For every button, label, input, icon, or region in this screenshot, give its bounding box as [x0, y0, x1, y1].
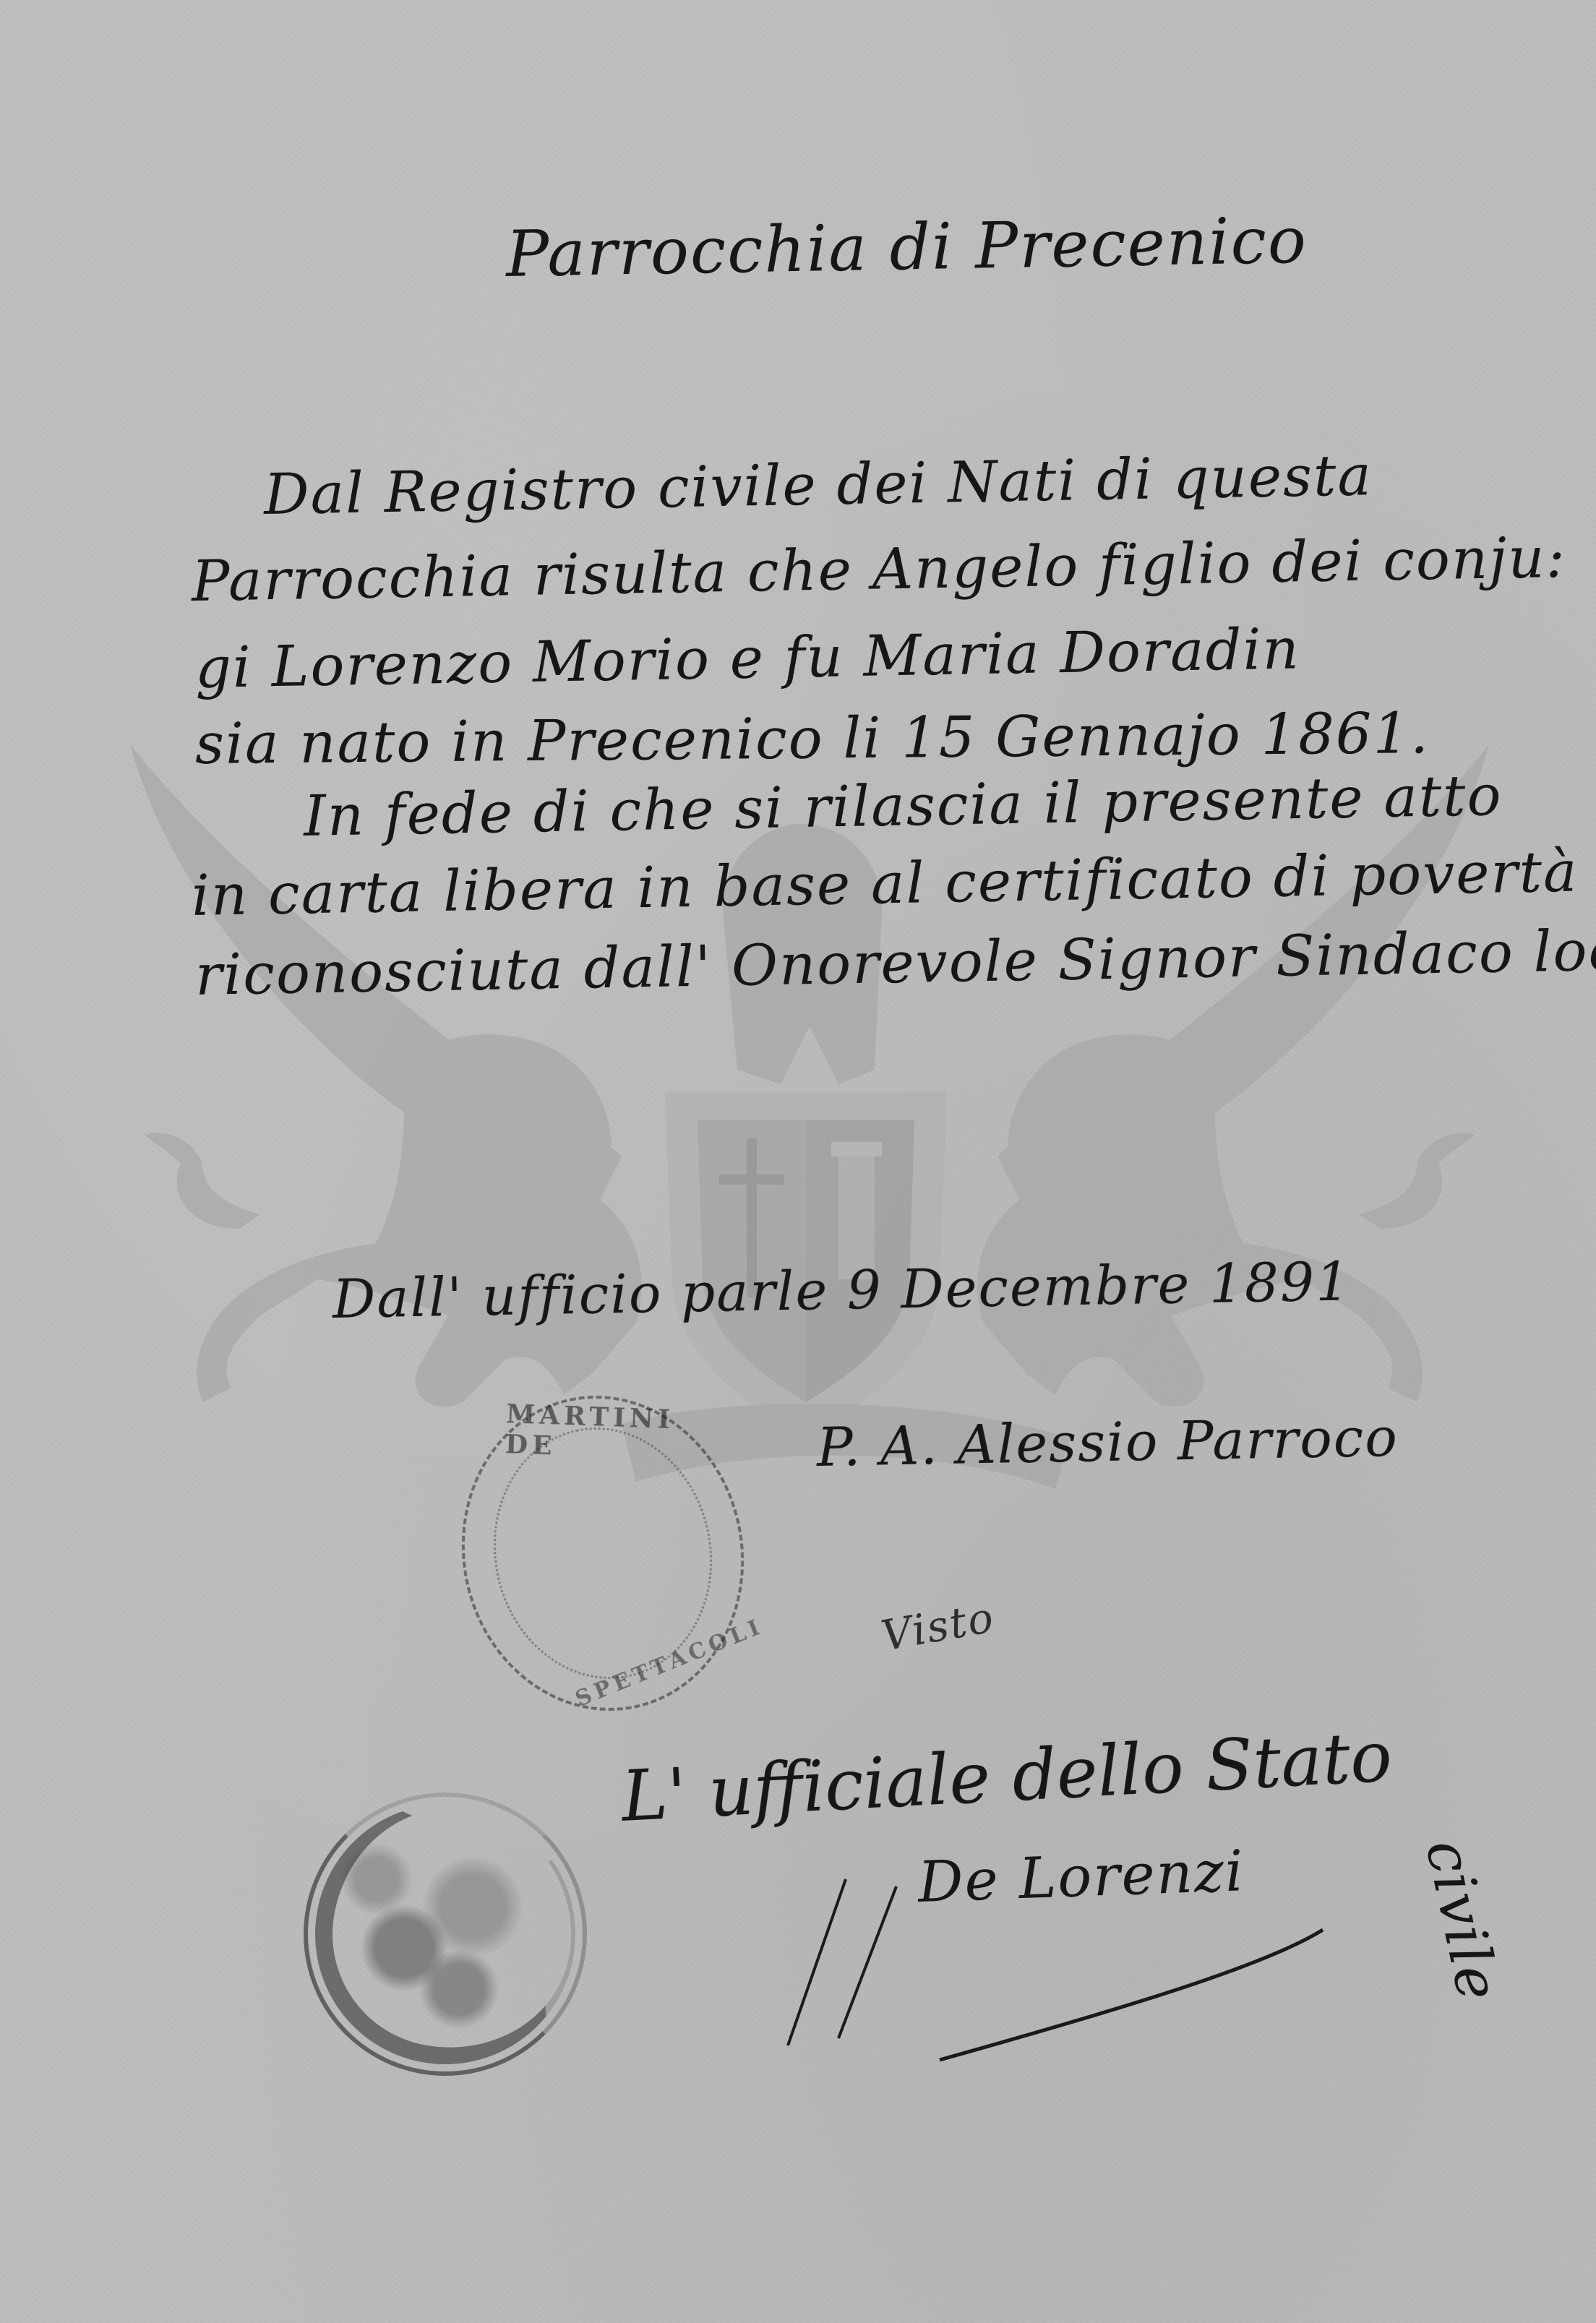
crest-watermark: [0, 0, 1596, 2323]
body-line-5: In fede di che si rilascia il presente a…: [303, 763, 1503, 849]
body-line-7: riconosciuta dall' Onorevole Signor Sind…: [194, 916, 1596, 1008]
body-line-1: Dal Registro civile dei Nati di questa: [263, 443, 1373, 528]
body-line-6: in carta libera in base al certificato d…: [191, 840, 1579, 929]
officer-title: L' ufficiale dello Stato: [619, 1716, 1394, 1837]
dateline: Dall' ufficio parle 9 Decembre 1891: [332, 1250, 1352, 1331]
parish-stamp: MARTINI DE SPETTACOLI: [433, 1369, 773, 1737]
priest-signature: P. A. Alessio Parroco: [816, 1407, 1399, 1479]
civil-stamp-ink: [294, 1783, 596, 2084]
body-line-4: sia nato in Precenico li 15 Gennajo 1861…: [195, 701, 1430, 777]
left-lion-icon: [197, 1034, 642, 1407]
visa-annotation: Visto: [878, 1592, 998, 1660]
document-page: Parrocchia di Precenico Dal Registro civ…: [0, 0, 1596, 2323]
right-lion-icon: [977, 1034, 1423, 1407]
body-line-3: gi Lorenzo Morio e fu Maria Doradin: [194, 617, 1300, 701]
paper-texture: [0, 0, 1596, 2323]
body-line-2: Parrocchia risulta che Angelo figlio dei…: [191, 525, 1566, 614]
officer-title-civile: civile: [1413, 1834, 1513, 2008]
column-icon: [831, 1142, 882, 1156]
parish-title: Parrocchia di Precenico: [505, 203, 1308, 291]
civil-stamp: [304, 1792, 587, 2076]
officer-signature: De Lorenzi: [917, 1839, 1245, 1915]
parish-stamp-text-top: MARTINI DE: [505, 1399, 716, 1467]
